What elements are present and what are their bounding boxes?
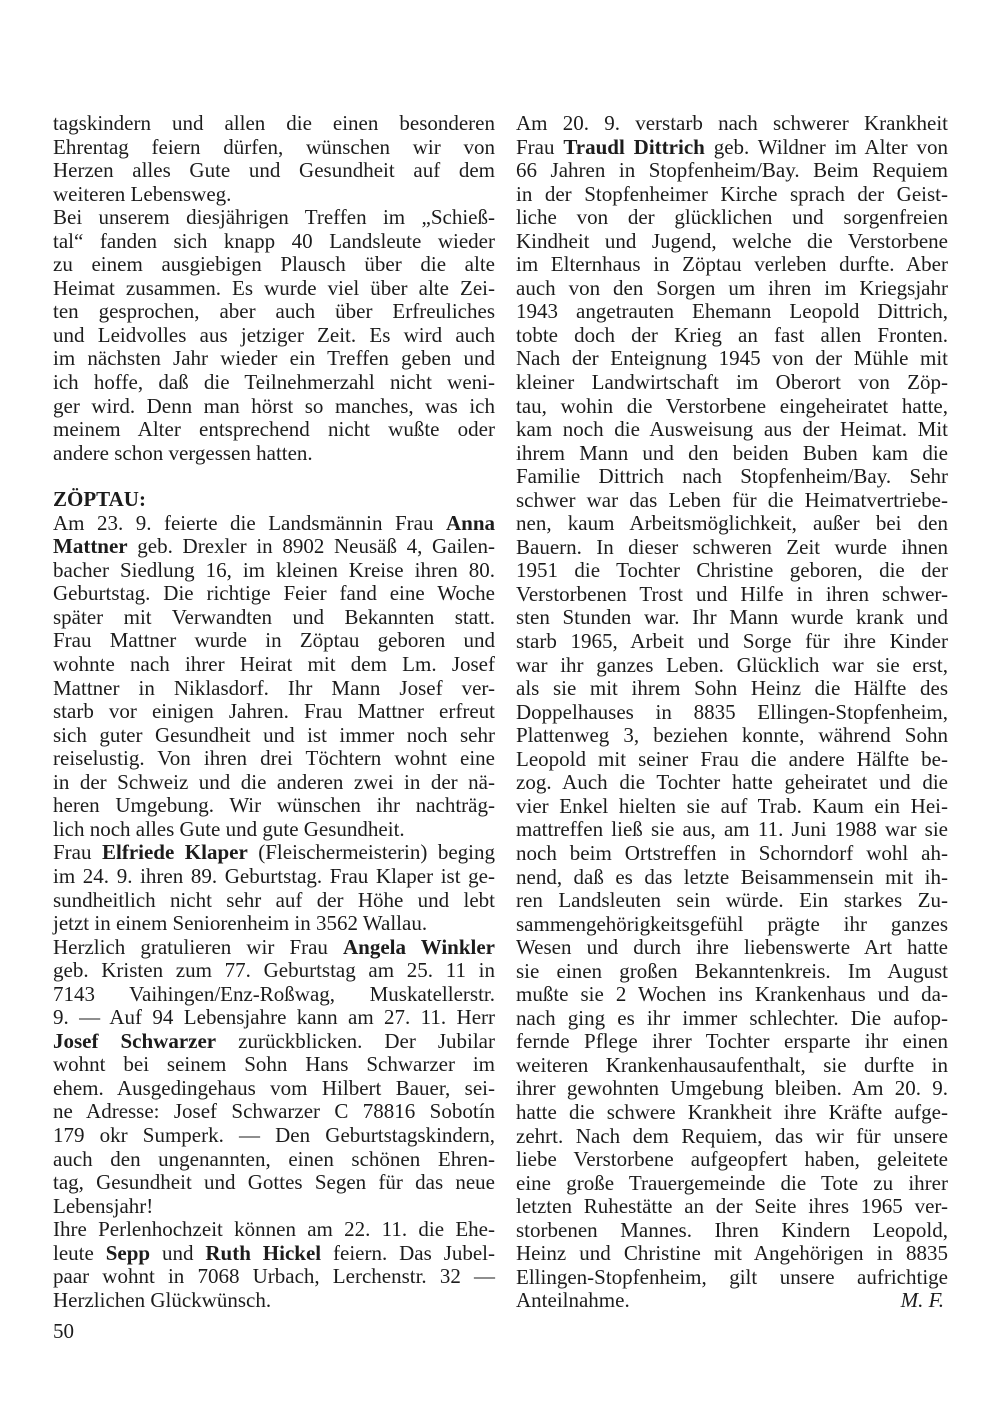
treffen-paragraph: Bei unserem diesjährigen Treffen im „Sch… <box>53 206 495 465</box>
text-line: heren Umgebung. Wir wünschen ihr nachträ… <box>53 794 495 818</box>
text-line: sten Stunden war. Ihr Mann wurde krank u… <box>516 606 948 630</box>
text-line: Wesen und durch ihre liebenswerte Art ha… <box>516 936 948 960</box>
name-josef-schwarzer: Josef Schwarzer <box>53 1029 216 1053</box>
text-line: letzten Ruhestätte an der Seite ihres 19… <box>516 1195 948 1219</box>
text-line: Lebensjahr! <box>53 1195 495 1219</box>
text-line: Mattner in Niklasdorf. Ihr Mann Josef ve… <box>53 677 495 701</box>
text-line: mußte sie 2 Wochen ins Krankenhaus und d… <box>516 983 948 1007</box>
text-line: Ehrentag feiern dürfen, wünschen wir von <box>53 136 495 160</box>
text-line: reiselustig. Von ihren drei Töchtern woh… <box>53 747 495 771</box>
text-line: Heimat zusammen. Es wurde viel über alte… <box>53 277 495 301</box>
text-line: noch beim Ortstreffen in Schorndorf wohl… <box>516 842 948 866</box>
right-column: Am 20. 9. verstarb nach schwerer Krankhe… <box>516 112 948 1313</box>
text-line: Leopold mit seiner Frau die andere Hälft… <box>516 748 948 772</box>
text-line: ihrer gewohnten Umgebung bleiben. Am 20.… <box>516 1077 948 1101</box>
text-line: starb 1965, Arbeit und Sorge für ihre Ki… <box>516 630 948 654</box>
text-line: meinem Alter entsprechend nicht wußte od… <box>53 418 495 442</box>
text-line: 179 okr Sumperk. — Den Geburtstagskinder… <box>53 1124 495 1148</box>
text-line: zog. Auch die Tochter hatte geheiratet u… <box>516 771 948 795</box>
name-angela-winkler: Angela Winkler <box>343 935 495 959</box>
text-line: nend, daß es das letzte Beisammensein mi… <box>516 866 948 890</box>
name-mattner: Mattner <box>53 534 128 558</box>
hickel-paragraph: Ihre Perlenhochzeit können am 22. 11. di… <box>53 1218 495 1312</box>
name-sepp: Sepp <box>106 1241 150 1265</box>
text-line: Geburtstag. Die richtige Feier fand eine… <box>53 582 495 606</box>
dittrich-obituary: Am 20. 9. verstarb nach schwerer Krankhe… <box>516 112 948 1289</box>
text-line: fernde Pflege ihrer Tochter ersparte ihr… <box>516 1030 948 1054</box>
text-line: als sie mit ihrem Sohn Heinz die Hälfte … <box>516 677 948 701</box>
text-line: im 24. 9. ihren 89. Geburtstag. Frau Kla… <box>53 865 495 889</box>
text-line: zehrt. Nach dem Requiem, das wir für uns… <box>516 1125 948 1149</box>
text-line: 1951 die Tochter Christine geboren, die … <box>516 559 948 583</box>
text-line: eine große Trauergemeinde die Tote zu ih… <box>516 1172 948 1196</box>
text-line: Nach der Enteignung 1945 von der Mühle m… <box>516 347 948 371</box>
text-line: im nächsten Jahr wieder ein Treffen gebe… <box>53 347 495 371</box>
name-traudl-dittrich: Traudl Dittrich <box>563 135 704 159</box>
text-line: tobte doch der Krieg an fast allen Front… <box>516 324 948 348</box>
text-line: ehem. Ausgedingehaus vom Hilbert Bauer, … <box>53 1077 495 1101</box>
text-line: paar wohnt in 7068 Urbach, Lerchenstr. 3… <box>53 1265 495 1289</box>
text-line: zu einem ausgiebigen Plausch über die al… <box>53 253 495 277</box>
text-line: ger wird. Denn man hörst so manches, was… <box>53 395 495 419</box>
text-line: war ihr ganzes Leben. Glücklich war sie … <box>516 654 948 678</box>
text-line: Heinz und Christine mit Angehörigen in 8… <box>516 1242 948 1266</box>
text-line: ren Landsleuten sein würde. Ein starkes … <box>516 889 948 913</box>
text-line: schwer war das Leben für die Heimatvertr… <box>516 489 948 513</box>
text-line: Verstorbenen Trost und Hilfe in ihren sc… <box>516 583 948 607</box>
intro-paragraph: tagskindern und allen die einen besonder… <box>53 112 495 206</box>
text-line: mattreffen ließ sie aus, am 11. Juni 198… <box>516 818 948 842</box>
text-line: wohnt bei seinem Sohn Hans Schwarzer im <box>53 1053 495 1077</box>
text-line: Familie Dittrich nach Stopfenheim/Bay. S… <box>516 465 948 489</box>
text-line: tagskindern und allen die einen besonder… <box>53 112 495 136</box>
text-line: wohnte nach ihrer Heirat mit dem Lm. Jos… <box>53 653 495 677</box>
text-line: bacher Siedlung 16, im kleinen Kreise ih… <box>53 559 495 583</box>
text-line: Herzlichen Glückwünsch. <box>53 1289 495 1313</box>
closing-line: Anteilnahme. M. F. <box>516 1289 948 1313</box>
author-signature: M. F. <box>901 1289 948 1313</box>
name-ruth-hickel: Ruth Hickel <box>205 1241 321 1265</box>
text-line: Kindheit und Jugend, welche die Verstorb… <box>516 230 948 254</box>
text-line: ne Adresse: Josef Schwarzer C 78816 Sobo… <box>53 1100 495 1124</box>
text-line: ich hoffe, daß die Teilnehmerzahl nicht … <box>53 371 495 395</box>
name-elfriede-klaper: Elfriede Klaper <box>102 840 248 864</box>
text-line: Ellingen-Stopfenheim, gilt unsere aufric… <box>516 1266 948 1290</box>
left-column: tagskindern und allen die einen besonder… <box>53 112 495 1312</box>
text-line: ten gesprochen, aber auch über Erfreulic… <box>53 300 495 324</box>
page-number: 50 <box>53 1319 74 1344</box>
text-line: tal“ fanden sich knapp 40 Landsleute wie… <box>53 230 495 254</box>
text-line: lich noch alles Gute und gute Gesundheit… <box>53 818 495 842</box>
winkler-paragraph: Herzlich gratulieren wir Frau Angela Win… <box>53 936 495 1219</box>
text-line: kam noch die Ausweisung aus der Heimat. … <box>516 418 948 442</box>
text-line: und Leidvolles aus jetziger Zeit. Es wir… <box>53 324 495 348</box>
text-line: auch den ungenannten, einen schönen Ehre… <box>53 1148 495 1172</box>
mattner-paragraph: Am 23. 9. feierte die Landsmännin Frau A… <box>53 512 495 842</box>
text-line: sundheitlich nicht sehr auf der Höhe und… <box>53 889 495 913</box>
text-line: weiteren Krankenhausaufenthalt, sie durf… <box>516 1054 948 1078</box>
section-heading-zoeptau: ZÖPTAU: <box>53 488 495 512</box>
text-line: sammengehörigkeitsgefühl prägte ihr ganz… <box>516 913 948 937</box>
text-line: tag, Gesundheit und Gottes Segen für das… <box>53 1171 495 1195</box>
text-line: im Elternhaus in Zöptau verleben durfte.… <box>516 253 948 277</box>
text-line: sie einen großen Bekanntenkreis. Im Augu… <box>516 960 948 984</box>
text-line: kleiner Landwirtschaft im Oberort von Zö… <box>516 371 948 395</box>
text-line: liebe Verstorbene aufgeopfert haben, gel… <box>516 1148 948 1172</box>
text-line: nen, kaum Arbeitsmöglichkeit, außer bei … <box>516 512 948 536</box>
text-line: starb vor einigen Jahren. Frau Mattner e… <box>53 700 495 724</box>
text-line: ihrem Mann und den beiden Buben kam die <box>516 442 948 466</box>
text-line: auch von den Sorgen um ihren im Kriegsja… <box>516 277 948 301</box>
text-line: jetzt in einem Seniorenheim in 3562 Wall… <box>53 912 495 936</box>
text-line: Bauern. In dieser schweren Zeit wurde ih… <box>516 536 948 560</box>
text-line: Frau Mattner wurde in Zöptau geboren und <box>53 629 495 653</box>
text-line: andere schon vergessen hatten. <box>53 442 495 466</box>
text-line: später mit Verwandten und Bekannten stat… <box>53 606 495 630</box>
text-line: Doppelhauses in 8835 Ellingen-Stopfenhei… <box>516 701 948 725</box>
text-line: Bei unserem diesjährigen Treffen im „Sch… <box>53 206 495 230</box>
text-line: storbenen Mannes. Ihren Kindern Leopold, <box>516 1219 948 1243</box>
name-anna: Anna <box>446 511 495 535</box>
text-line: 1943 angetrauten Ehemann Leopold Dittric… <box>516 300 948 324</box>
text-line: Herzen alles Gute und Gesundheit auf dem <box>53 159 495 183</box>
text-line: hatte die schwere Krankheit ihre Kräfte … <box>516 1101 948 1125</box>
text-line: 66 Jahren in Stopfenheim/Bay. Beim Requi… <box>516 159 948 183</box>
text-line: tau, wohin die Verstorbene eingeheiratet… <box>516 395 948 419</box>
text-line: weiteren Lebensweg. <box>53 183 495 207</box>
text-line: liche von der glücklichen und sorgenfrei… <box>516 206 948 230</box>
text-line: in der Stopfenheimer Kirche sprach der G… <box>516 183 948 207</box>
text-line: Plattenweg 3, beziehen konnte, während S… <box>516 724 948 748</box>
text-line: vier Enkel hielten sie auf Trab. Kaum ei… <box>516 795 948 819</box>
klaper-paragraph: Frau Elfriede Klaper (Fleischermeisterin… <box>53 841 495 935</box>
text-line: sich guter Gesundheit und ist immer noch… <box>53 724 495 748</box>
text-line: nach ging es ihr immer schlechter. Die a… <box>516 1007 948 1031</box>
text-line: in der Schweiz und die anderen zwei in d… <box>53 771 495 795</box>
